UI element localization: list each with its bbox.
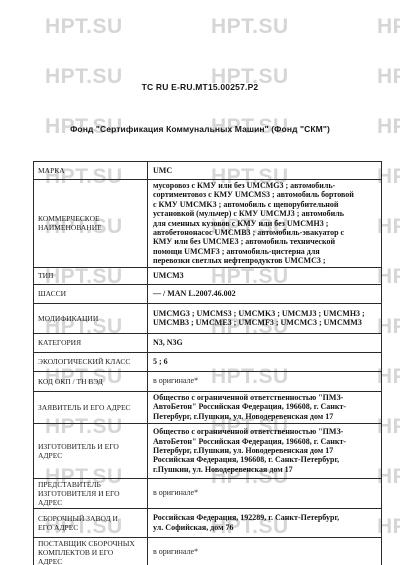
row-value: UMCMG3 ; UMCMS3 ; UMCMK3 ; UMCMJ3 ; UMCM… (148, 303, 382, 333)
row-label: МАРКА (34, 162, 148, 180)
table-row-okp-code: КОД ОКП / ТН ВЭД в оригинале* (34, 371, 382, 391)
row-value: Общество с ограниченной ответственностью… (148, 391, 382, 423)
table-row-chassis: ШАССИ — / MAN L.2007.46.002 (34, 284, 382, 303)
row-label: ЭКОЛОГИЧЕСКИЙ КЛАСС (34, 352, 148, 371)
table-row-type: ТИП UMCM3 (34, 267, 382, 284)
table-row-applicant: ЗАЯВИТЕЛЬ И ЕГО АДРЕС Общество с огранич… (34, 391, 382, 423)
watermark-text: HPT.SU (45, 16, 123, 37)
table-row-kit-supplier: ПОСТАВЩИК СБОРОЧНЫХ КОМПЛЕКТОВ И ЕГО АДР… (34, 537, 382, 565)
row-label: КОД ОКП / ТН ВЭД (34, 371, 148, 391)
row-label: ПОСТАВЩИК СБОРОЧНЫХ КОМПЛЕКТОВ И ЕГО АДР… (34, 537, 148, 565)
table-row-category: КАТЕГОРИЯ N3, N3G (34, 333, 382, 352)
row-label: ТИП (34, 267, 148, 284)
row-value: в оригинале* (148, 478, 382, 508)
row-value: Российская Федерация, 192289, г. Санкт-П… (148, 508, 382, 537)
table-row-manufacturer: ИЗГОТОВИТЕЛЬ И ЕГО АДРЕС Общество с огра… (34, 423, 382, 478)
table-row-modifications: МОДИФИКАЦИИ UMCMG3 ; UMCMS3 ; UMCMK3 ; U… (34, 303, 382, 333)
row-label: ШАССИ (34, 284, 148, 303)
row-value: — / MAN L.2007.46.002 (148, 284, 382, 303)
table-row-marka: МАРКА UMC (34, 162, 382, 180)
row-label: МОДИФИКАЦИИ (34, 303, 148, 333)
row-label: КОММЕРЧЕСКОЕ НАИМЕНОВАНИЕ (34, 180, 148, 268)
table-row-manufacturer-representative: ПРЕДСТАВИТЕЛЬ ИЗГОТОВИТЕЛЯ И ЕГО АДРЕС в… (34, 478, 382, 508)
row-value: Общество с ограниченной ответственностью… (148, 423, 382, 478)
row-label: ИЗГОТОВИТЕЛЬ И ЕГО АДРЕС (34, 423, 148, 478)
row-label: ПРЕДСТАВИТЕЛЬ ИЗГОТОВИТЕЛЯ И ЕГО АДРЕС (34, 478, 148, 508)
table-row-commercial-name: КОММЕРЧЕСКОЕ НАИМЕНОВАНИЕ мусоровоз с КМ… (34, 180, 382, 268)
approval-number: TC RU E-RU.MT15.00257.P2 (0, 82, 400, 92)
row-value: в оригинале* (148, 371, 382, 391)
certification-body-title: Фонд "Сертификация Коммунальных Машин" (… (0, 124, 400, 134)
row-value: 5 ; 6 (148, 352, 382, 371)
watermark-text: HPT.SU (377, 16, 400, 37)
row-label: СБОРОЧНЫЙ ЗАВОД И ЕГО АДРЕС (34, 508, 148, 537)
row-value: в оригинале* (148, 537, 382, 565)
certificate-table: МАРКА UMC КОММЕРЧЕСКОЕ НАИМЕНОВАНИЕ мусо… (33, 161, 382, 565)
table-row-assembly-plant: СБОРОЧНЫЙ ЗАВОД И ЕГО АДРЕС Российская Ф… (34, 508, 382, 537)
row-label: ЗАЯВИТЕЛЬ И ЕГО АДРЕС (34, 391, 148, 423)
row-value: UMCM3 (148, 267, 382, 284)
row-value: N3, N3G (148, 333, 382, 352)
document-page: { "watermark": { "text": "HPT.SU" }, "he… (0, 0, 400, 565)
table-row-eco-class: ЭКОЛОГИЧЕСКИЙ КЛАСС 5 ; 6 (34, 352, 382, 371)
row-label: КАТЕГОРИЯ (34, 333, 148, 352)
row-value: мусоровоз с КМУ или без UMCMG3 ; автомоб… (148, 180, 382, 268)
watermark-text: HPT.SU (211, 16, 289, 37)
row-value: UMC (148, 162, 382, 180)
